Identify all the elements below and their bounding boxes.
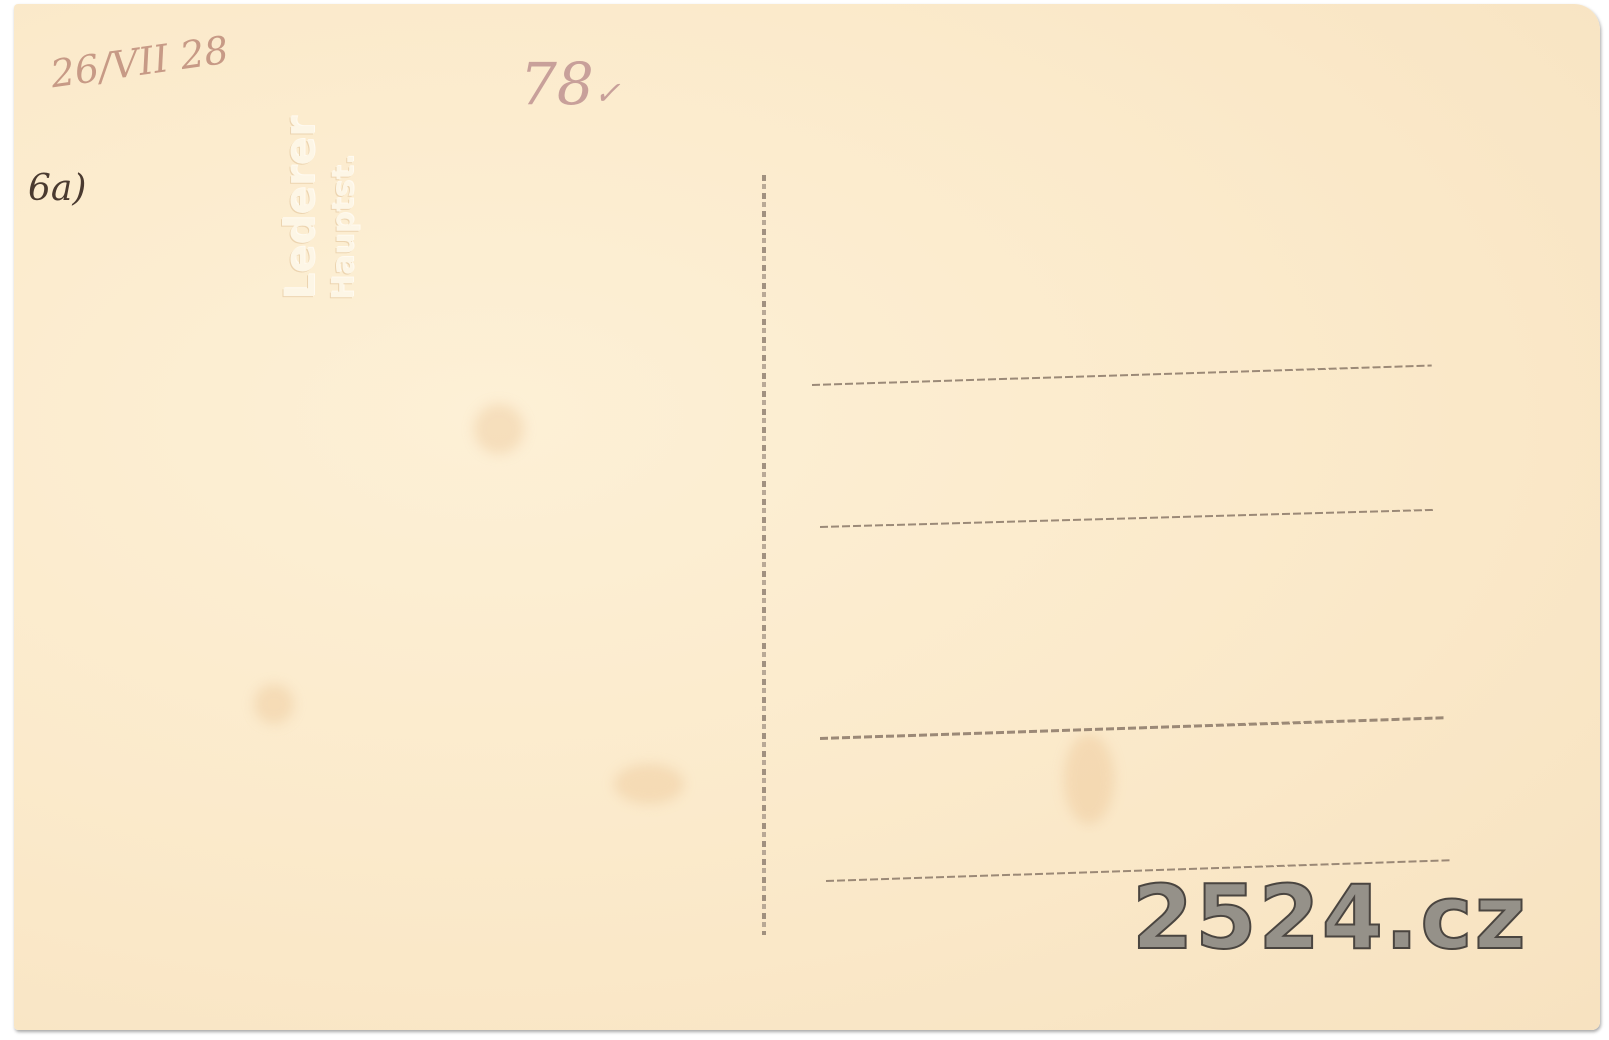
handwritten-item-code: 6a) [28, 168, 86, 209]
stain [614, 764, 684, 804]
center-divider-line [762, 175, 766, 935]
embossed-publisher-stamp: Lederer Hauptst. [280, 300, 390, 550]
stain [1064, 734, 1114, 824]
watermark-logo: 2524.cz [1132, 866, 1528, 969]
stain [254, 684, 294, 724]
stain [474, 404, 524, 454]
handwritten-number: 78✓ [520, 50, 621, 118]
